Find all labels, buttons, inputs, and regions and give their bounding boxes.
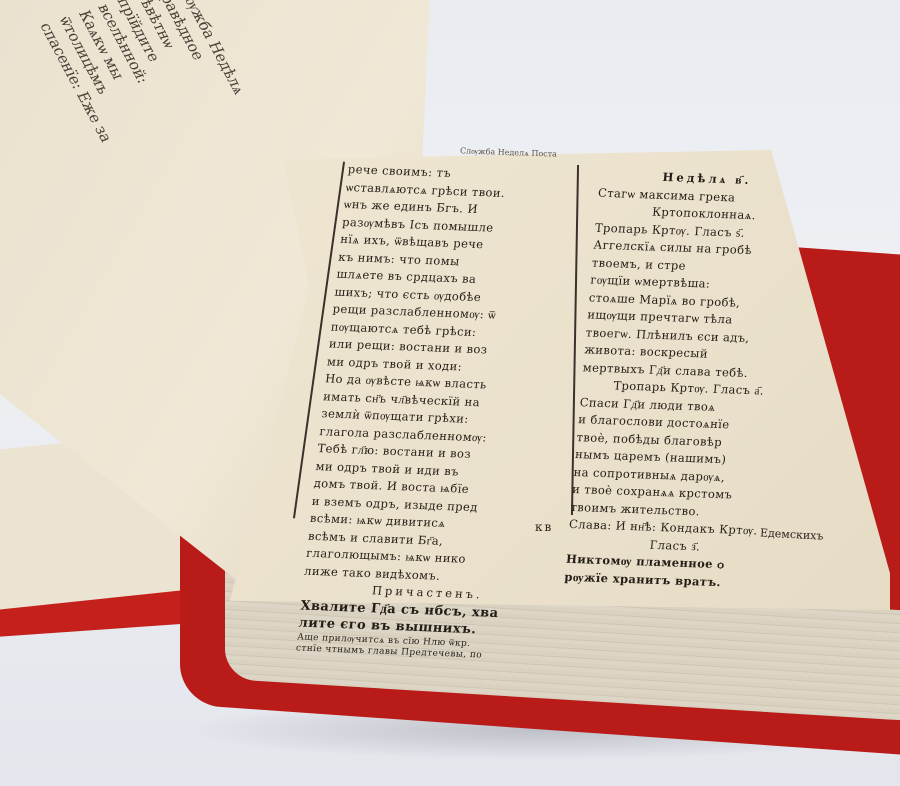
page-number: кв (535, 520, 553, 534)
right-page-column-left: рече своимъ: тъ ѡставлѧютсѧ грѣси твои. … (295, 161, 598, 663)
book-photo: Слѹжба Недѣлѧ правѣдное сѣвѣтнѡ прїйдите… (0, 0, 900, 786)
